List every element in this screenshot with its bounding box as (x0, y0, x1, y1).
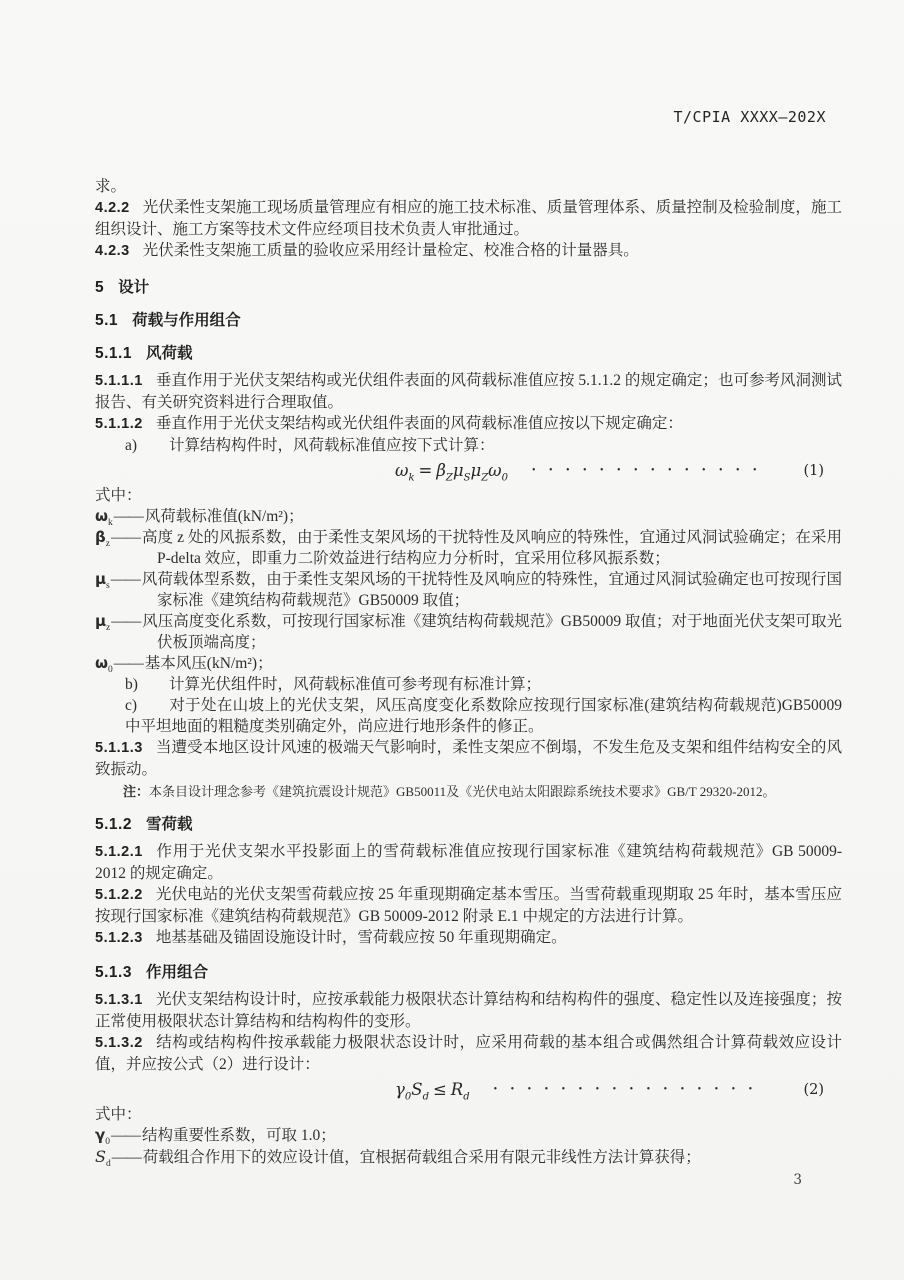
clause-number: 5.1.3.1 (95, 992, 143, 1008)
clause-number: 5.1.1.2 (95, 416, 143, 432)
symbol-description: 结构重要性系数，可取 1.0； (142, 1127, 336, 1144)
symbol-description: 荷载组合作用下的效应设计值，宜根据荷载组合采用有限元非线性方法计算获得； (143, 1149, 701, 1166)
list-text: 计算光伏组件时，风荷载标准值可参考现有标准计算； (169, 676, 541, 693)
clause-5-1-1-1: 5.1.1.1垂直作用于光伏支架结构或光伏组件表面的风荷载标准值应按 5.1.1… (95, 370, 842, 413)
symbol: ω (95, 654, 108, 672)
symbol: γ (95, 1126, 105, 1144)
clause-text: 地基基础及锚固设施设计时，雪荷载应按 50 年重现期确定。 (156, 929, 567, 946)
formula-dots: • • • • • • • • • • • • • • (508, 465, 803, 476)
symbol: μ (95, 612, 106, 630)
heading-number: 5.1.2 (95, 816, 132, 833)
list-item-b: b)计算光伏组件时，风荷载标准值可参考现有标准计算； (95, 674, 842, 695)
clause-number: 4.2.3 (95, 243, 130, 259)
formula-2: γ0Sd≤Rd • • • • • • • • • • • • • • • • … (95, 1080, 842, 1099)
symbol-definition-ms: μs——风荷载体型系数，由于柔性支架风场的干扰特性及风响应的特殊性，宜通过风洞试… (95, 569, 842, 611)
list-label: b) (125, 674, 169, 695)
clause-5-1-3-1: 5.1.3.1光伏支架结构设计时，应按承载能力极限状态计算结构和结构构件的强度、… (95, 989, 842, 1032)
list-label: c) (125, 695, 169, 716)
clause-4-2-3: 4.2.3光伏柔性支架施工质量的验收应采用经计量检定、校准合格的计量器具。 (95, 240, 842, 262)
clause-text: 光伏支架结构设计时，应按承载能力极限状态计算结构和结构构件的强度、稳定性以及连接… (95, 991, 842, 1030)
document-code-header: T/CPIA XXXX—202X (674, 108, 827, 126)
note-label: 注： (123, 784, 149, 799)
clause-number: 5.1.1.3 (95, 740, 143, 756)
symbol-definition-mz: μz——风压高度变化系数，可按现行国家标准《建筑结构荷载规范》GB50009 取… (95, 611, 842, 653)
clause-number: 5.1.3.2 (95, 1035, 143, 1051)
clause-text: 结构或结构构件按承载能力极限状态设计时，应采用荷载的基本组合或偶然组合计算荷载效… (95, 1034, 842, 1073)
where-clause: 式中： (95, 485, 842, 506)
heading-title: 作用组合 (146, 964, 208, 981)
heading-number: 5 (95, 279, 104, 296)
list-label: a) (125, 435, 169, 456)
clause-5-1-1-2: 5.1.1.2垂直作用于光伏支架结构或光伏组件表面的风荷载标准值应按以下规定确定… (95, 413, 842, 435)
note: 注：本条目设计理念参考《建筑抗震设计规范》GB50011及《光伏电站太阳跟踪系统… (95, 783, 842, 801)
continuation-paragraph: 求。 (95, 176, 842, 197)
symbol-description: 风荷载体型系数，由于柔性支架风场的干扰特性及风响应的特殊性，宜通过风洞试验确定也… (142, 571, 842, 609)
heading-title: 雪荷载 (146, 816, 193, 833)
formula-dots: • • • • • • • • • • • • • • • • (470, 1084, 804, 1095)
clause-number: 5.1.2.3 (95, 930, 143, 946)
page-content: 求。 4.2.2光伏柔性支架施工现场质量管理应有相应的施工技术标准、质量管理体系… (95, 176, 842, 1168)
clause-text: 当遭受本地区设计风速的极端天气影响时，柔性支架应不倒塌，不发生危及支架和组件结构… (95, 739, 842, 778)
clause-number: 5.1.2.1 (95, 844, 143, 860)
where-clause: 式中： (95, 1104, 842, 1125)
page-number: 3 (793, 1172, 802, 1188)
symbol: μ (95, 570, 106, 588)
symbol-description: 风压高度变化系数，可按现行国家标准《建筑结构荷载规范》GB50009 取值；对于… (142, 613, 842, 651)
section-heading-5: 5设计 (95, 275, 842, 297)
formula-1-expression: ωk=βZμSμZω0 (395, 461, 508, 480)
symbol-description: 基本风压(kN/m²)； (145, 655, 273, 672)
symbol-description: 风荷载标准值(kN/m²)； (145, 508, 304, 525)
clause-5-1-2-2: 5.1.2.2光伏电站的光伏支架雪荷载应按 25 年重现期确定基本雪压。当雪荷载… (95, 884, 842, 927)
clause-text: 光伏柔性支架施工现场质量管理应有相应的施工技术标准、质量管理体系、质量控制及检验… (95, 199, 842, 238)
list-text: 对于处在山坡上的光伏支架，风压高度变化系数除应按现行国家标准(建筑结构荷载规范)… (125, 697, 842, 735)
clause-text: 光伏电站的光伏支架雪荷载应按 25 年重现期确定基本雪压。当雪荷载重现期取 25… (95, 886, 842, 925)
list-text: 计算结构构件时，风荷载标准值应按下式计算： (169, 437, 495, 454)
clause-5-1-2-3: 5.1.2.3地基基础及锚固设施设计时，雪荷载应按 50 年重现期确定。 (95, 927, 842, 949)
symbol: β (95, 528, 106, 546)
clause-4-2-2: 4.2.2光伏柔性支架施工现场质量管理应有相应的施工技术标准、质量管理体系、质量… (95, 197, 842, 240)
symbol: S (95, 1147, 106, 1166)
symbol: ω (95, 507, 108, 525)
section-heading-5-1-1: 5.1.1风荷载 (95, 341, 842, 363)
list-item-c: c)对于处在山坡上的光伏支架，风压高度变化系数除应按现行国家标准(建筑结构荷载规… (95, 695, 842, 737)
list-item-a: a)计算结构构件时，风荷载标准值应按下式计算： (95, 435, 842, 456)
clause-text: 垂直作用于光伏支架结构或光伏组件表面的风荷载标准值应按以下规定确定： (156, 415, 683, 432)
heading-title: 设计 (118, 279, 149, 296)
symbol-definition-g0: γ0——结构重要性系数，可取 1.0； (95, 1125, 842, 1146)
clause-5-1-3-2: 5.1.3.2结构或结构构件按承载能力极限状态设计时，应采用荷载的基本组合或偶然… (95, 1032, 842, 1075)
formula-2-number: (2) (803, 1082, 824, 1098)
section-heading-5-1-3: 5.1.3作用组合 (95, 960, 842, 982)
symbol-definition-wk: ωk——风荷载标准值(kN/m²)； (95, 506, 842, 527)
clause-text: 作用于光伏支架水平投影面上的雪荷载标准值应按现行国家标准《建筑结构荷载规范》GB… (95, 843, 842, 882)
heading-number: 5.1.3 (95, 964, 132, 981)
formula-1: ωk=βZμSμZω0 • • • • • • • • • • • • • • … (95, 461, 842, 480)
clause-5-1-2-1: 5.1.2.1作用于光伏支架水平投影面上的雪荷载标准值应按现行国家标准《建筑结构… (95, 841, 842, 884)
clause-number: 5.1.1.1 (95, 373, 143, 389)
symbol-description: 高度 z 处的风振系数，由于柔性支架风场的干扰特性及风响应的特殊性，宜通过风洞试… (142, 529, 842, 567)
clause-text: 光伏柔性支架施工质量的验收应采用经计量检定、校准合格的计量器具。 (143, 242, 639, 259)
note-text: 本条目设计理念参考《建筑抗震设计规范》GB50011及《光伏电站太阳跟踪系统技术… (149, 784, 776, 799)
section-heading-5-1-2: 5.1.2雪荷载 (95, 812, 842, 834)
heading-number: 5.1.1 (95, 345, 132, 362)
section-heading-5-1: 5.1荷载与作用组合 (95, 308, 842, 330)
symbol-definition-sd: Sd——荷载组合作用下的效应设计值，宜根据荷载组合采用有限元非线性方法计算获得； (95, 1146, 842, 1168)
heading-title: 荷载与作用组合 (132, 312, 241, 329)
heading-number: 5.1 (95, 312, 118, 329)
clause-number: 4.2.2 (95, 200, 130, 216)
symbol-definition-bz: βz——高度 z 处的风振系数，由于柔性支架风场的干扰特性及风响应的特殊性，宜通… (95, 527, 842, 569)
document-page: T/CPIA XXXX—202X 求。 4.2.2光伏柔性支架施工现场质量管理应… (0, 0, 904, 1280)
clause-5-1-1-3: 5.1.1.3当遭受本地区设计风速的极端天气影响时，柔性支架应不倒塌，不发生危及… (95, 737, 842, 780)
heading-title: 风荷载 (146, 345, 193, 362)
formula-2-expression: γ0Sd≤Rd (395, 1080, 470, 1099)
symbol-definition-w0: ω0——基本风压(kN/m²)； (95, 653, 842, 674)
clause-number: 5.1.2.2 (95, 887, 143, 903)
clause-text: 垂直作用于光伏支架结构或光伏组件表面的风荷载标准值应按 5.1.1.2 的规定确… (95, 372, 842, 411)
formula-1-number: (1) (803, 463, 824, 479)
